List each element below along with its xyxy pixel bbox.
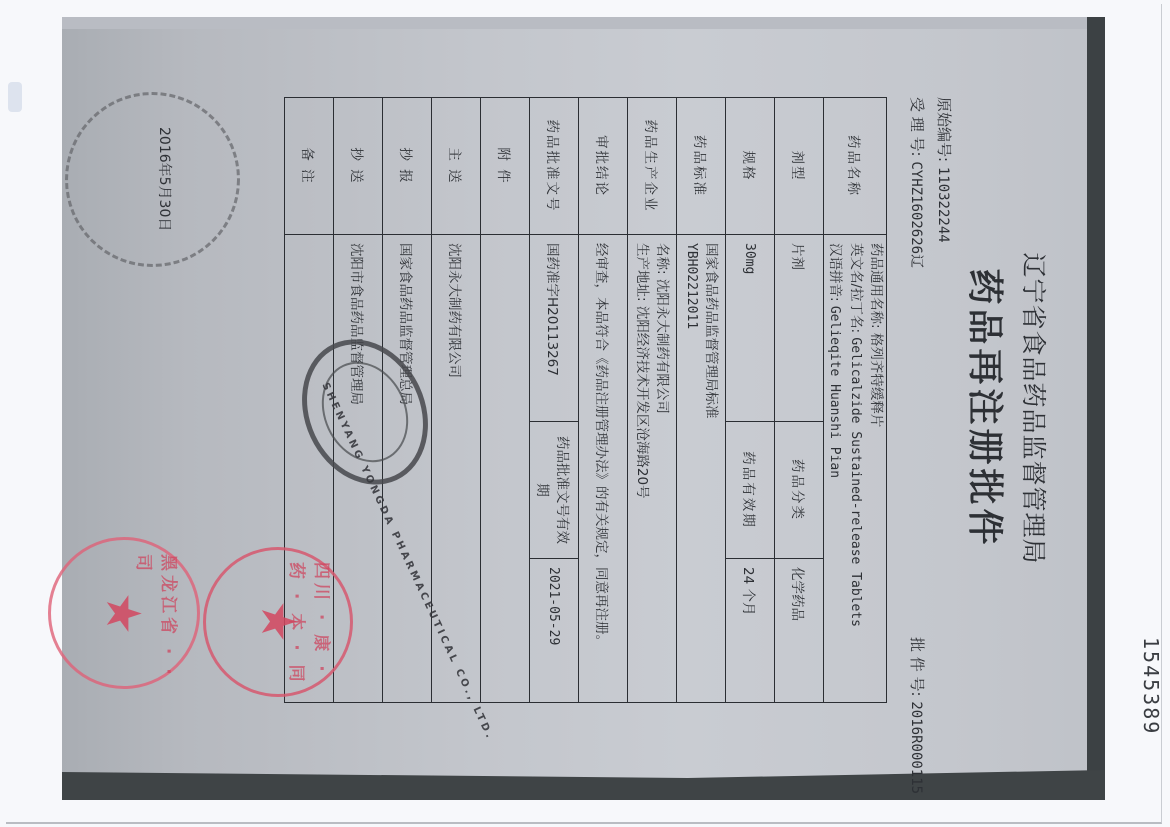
label-approval-validity: 药品批准文号有效期 [530,422,579,559]
red-seal-heilongjiang: ★ 黑龙江省 · · 司 [48,537,200,689]
label-drug-name: 药品名称 [824,98,887,235]
manufacturer-address-value: 沈阳经济技术开发区沧海路20号 [634,306,650,499]
original-number: 原始编号: 110322244 [934,97,955,243]
row-main-recipient: 主 送 沈阳永大制药有限公司 [432,98,481,703]
value-approval-validity: 2021-05-29 [530,559,579,703]
generic-name: 药品通用名称: 格列齐特缓释片 [866,243,886,694]
label-remarks: 备 注 [285,98,334,235]
label-report-to: 抄 报 [383,98,432,235]
document-title: 药品再注册批件 [962,17,1013,800]
manufacturer-address-label: 生产地址: [634,243,650,302]
label-attachment: 附 件 [481,98,530,235]
label-conclusion: 审批结论 [579,98,628,235]
value-drug-category: 化学药品 [775,559,824,703]
row-conclusion: 审批结论 经审查，本品符合《药品注册管理办法》的有关规定，同意再注册。 [579,98,628,703]
value-drug-name: 药品通用名称: 格列齐特缓释片 英文名/拉丁名: Gelicalzide Sus… [824,235,887,703]
original-number-label: 原始编号: [935,97,953,162]
row-drug-name: 药品名称 药品通用名称: 格列齐特缓释片 英文名/拉丁名: Gelicalzid… [824,98,887,703]
manufacturer-name: 名称: 沈阳永大制药有限公司 [652,243,672,694]
english-name-label: 英文名/拉丁名: [848,243,864,333]
label-copy-to: 抄 送 [334,98,383,235]
value-standard: 国家食品药品监督管理局标准 YBH02212011 [677,235,726,703]
pinyin-name: 汉语拼音: Gelieqite Huanshi Pian [824,243,845,694]
label-standard: 药品标准 [677,98,726,235]
manufacturer-name-value: 沈阳永大制药有限公司 [654,279,670,414]
acceptance-number-label: 受 理 号: [908,97,926,157]
label-drug-category: 药品分类 [775,422,824,559]
standard-line-1: 国家食品药品监督管理局标准 [701,243,721,694]
english-name: 英文名/拉丁名: Gelicalzide Sustained-release T… [845,243,866,694]
row-attachment: 附 件 [481,98,530,703]
approval-number-value: 2016R000115 [908,701,924,794]
pinyin-value: Gelieqite Huanshi Pian [827,306,842,478]
pinyin-label: 汉语拼音: [827,243,843,302]
approval-number: 批 件 号: 2016R000115 [907,637,928,794]
red-seal-heilongjiang-text: 黑龙江省 · · 司 [133,554,183,686]
label-dosage-form: 剂型 [775,98,824,235]
label-approval-number: 药品批准文号 [530,98,579,235]
red-seal-sichuan-text: 四川 · 康 · 药 · 本 · 同 [286,562,336,694]
row-specification: 规格 30mg 药品有效期 24 个月 [726,98,775,703]
standard-line-2: YBH02212011 [681,243,701,694]
row-approval-number: 药品批准文号 国药准字H20113267 药品批准文号有效期 2021-05-2… [530,98,579,703]
row-standard: 药品标准 国家食品药品监督管理局标准 YBH02212011 [677,98,726,703]
original-number-value: 110322244 [935,167,951,243]
generic-name-value: 格列齐特缓释片 [868,333,884,428]
row-dosage-form: 剂型 片剂 药品分类 化学药品 [775,98,824,703]
row-manufacturer: 药品生产企业 名称: 沈阳永大制药有限公司 生产地址: 沈阳经济技术开发区沧海路… [628,98,677,703]
label-shelf-life: 药品有效期 [726,422,775,559]
manufacturer-address: 生产地址: 沈阳经济技术开发区沧海路20号 [632,243,652,694]
official-seal-date: 2016年5月30日 [155,127,175,231]
value-shelf-life: 24 个月 [726,559,775,703]
acceptance-number-value: CYHZ1602626辽 [908,161,924,268]
scanner-mark [8,82,22,112]
registration-certificate: 1545389 辽宁省食品药品监督管理局 药品再注册批件 原始编号: 11032… [62,17,1105,800]
value-conclusion: 经审查，本品符合《药品注册管理办法》的有关规定，同意再注册。 [579,235,628,703]
value-attachment [481,235,530,703]
value-manufacturer: 名称: 沈阳永大制药有限公司 生产地址: 沈阳经济技术开发区沧海路20号 [628,235,677,703]
english-name-value: Gelicalzide Sustained-release Tablets [848,337,863,627]
manufacturer-name-label: 名称: [654,243,670,275]
acceptance-number: 受 理 号: CYHZ1602626辽 [907,97,928,268]
value-dosage-form: 片剂 [775,235,824,422]
issuing-agency: 辽宁省食品药品监督管理局 [1017,17,1053,800]
value-approval-number: 国药准字H20113267 [530,235,579,422]
label-specification: 规格 [726,98,775,235]
official-seal [65,92,240,267]
generic-name-label: 药品通用名称: [868,243,884,329]
approval-number-label: 批 件 号: [908,637,926,697]
label-main-recipient: 主 送 [432,98,481,235]
red-seal-sichuan: ★ 四川 · 康 · 药 · 本 · 同 [203,547,353,697]
value-specification: 30mg [726,235,775,422]
label-manufacturer: 药品生产企业 [628,98,677,235]
serial-stamp: 1545389 [1139,637,1163,735]
